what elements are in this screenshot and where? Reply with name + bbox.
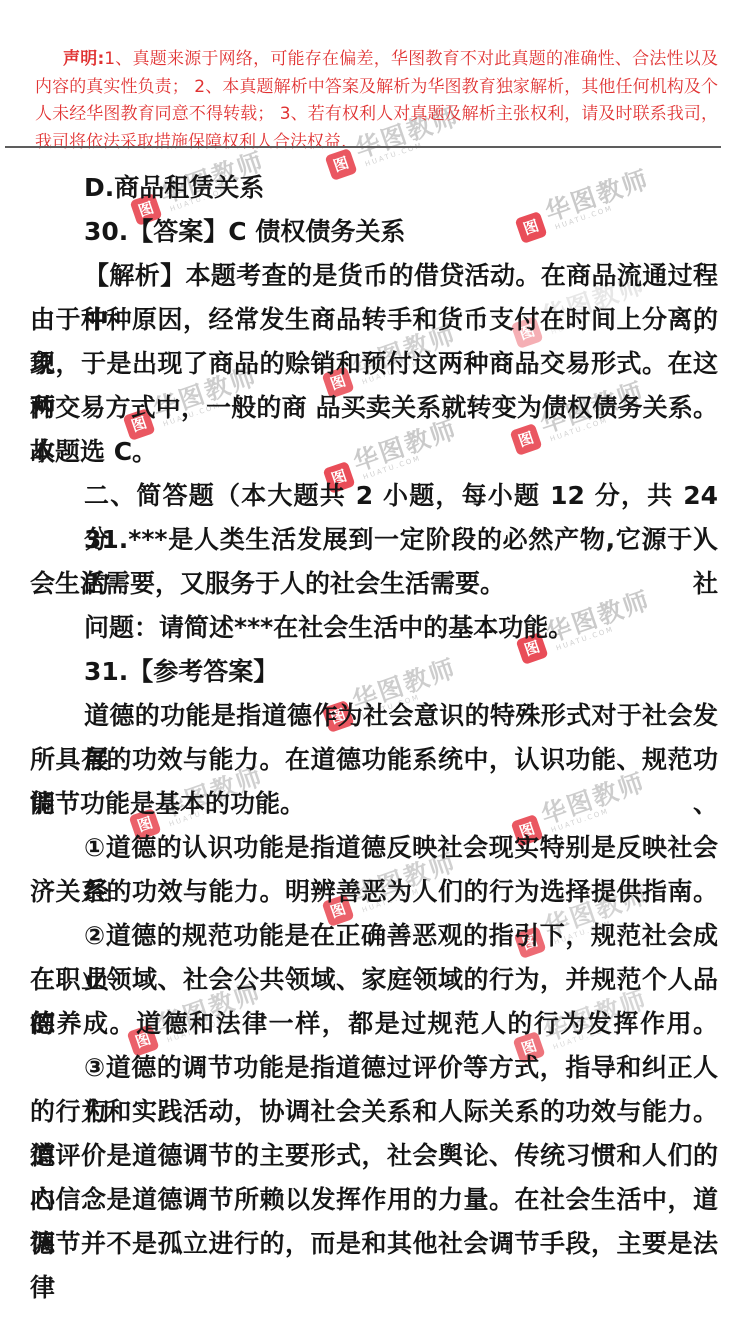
document-page: 图华图教师HUATU.COM图华图教师HUATU.COM图华图教师HUATU.C… bbox=[0, 0, 748, 1335]
body-line: 问题：请简述***在社会生活中的基本功能。 bbox=[30, 606, 718, 650]
disclaimer-line-text: 1、真题来源于网络，可能存在偏差，华图教育不对此真题的准确性、合法性以及 bbox=[104, 49, 718, 69]
section-divider-line bbox=[5, 146, 721, 148]
body-line: ①道德的认识功能是指道德反映社会现实特别是反映社会经 bbox=[30, 826, 718, 870]
body-line: 31.***是人类生活发展到一定阶段的必然产物,它源于人的社 bbox=[30, 518, 718, 562]
body-text: D.商品租赁关系30.【答案】C 债权债务关系【解析】本题考查的是货币的借贷活动… bbox=[30, 166, 718, 1266]
body-line: 德评价是道德调节的主要形式，社会舆论、传统习惯和人们的内 bbox=[30, 1134, 718, 1178]
body-line: 种交易方式中，一般的商 品买卖关系就转变为债权债务关系。故 bbox=[30, 386, 718, 430]
disclaimer-line: 声明:1、真题来源于网络，可能存在偏差，华图教育不对此真题的准确性、合法性以及 bbox=[35, 46, 718, 74]
body-line: 在职业领域、社会公共领域、家庭领域的行为，并规范个人品德 bbox=[30, 958, 718, 1002]
body-line: 济关系的功效与能力。明辨善恶为人们的行为选择提供指南。 bbox=[30, 870, 718, 914]
body-line: 调节并不是孤立进行的，而是和其他社会调节手段，主要是法律 bbox=[30, 1222, 718, 1266]
body-line: D.商品租赁关系 bbox=[30, 166, 718, 210]
body-line: 二、简答题（本大题共 2 小题，每小题 12 分，共 24 分） bbox=[30, 474, 718, 518]
body-line: 象，于是出现了商品的赊销和预付这两种商品交易形式。在这两 bbox=[30, 342, 718, 386]
body-line: 31.【参考答案】 bbox=[30, 650, 718, 694]
body-line: 本题选 C。 bbox=[30, 430, 718, 474]
body-line: 所具有的功效与能力。在道德功能系统中，认识功能、规范功能、 bbox=[30, 738, 718, 782]
body-line: 的行为和实践活动，协调社会关系和人际关系的功效与能力。道 bbox=[30, 1090, 718, 1134]
body-line: 心信念是道德调节所赖以发挥作用的力量。在社会生活中，道德 bbox=[30, 1178, 718, 1222]
body-line: ②道德的规范功能是在正确善恶观的指引下，规范社会成员 bbox=[30, 914, 718, 958]
disclaimer-text: 声明:1、真题来源于网络，可能存在偏差，华图教育不对此真题的准确性、合法性以及 … bbox=[35, 46, 718, 156]
body-line: 【解析】本题考查的是货币的借贷活动。在商品流通过程中， bbox=[30, 254, 718, 298]
body-line: ③道德的调节功能是指道德过评价等方式，指导和纠正人们 bbox=[30, 1046, 718, 1090]
disclaimer-line: 我司将依法采取措施保障权利人合法权益. bbox=[35, 129, 718, 157]
body-line: 30.【答案】C 债权债务关系 bbox=[30, 210, 718, 254]
disclaimer-label: 声明: bbox=[63, 49, 104, 69]
body-line: 的养成。道德和法律一样，都是过规范人的行为发挥作用。 bbox=[30, 1002, 718, 1046]
disclaimer-line: 内容的真实性负责； 2、本真题解析中答案及解析为华图教育独家解析，其他任何机构及… bbox=[35, 74, 718, 102]
body-line: 由于种种原因，经常发生商品转手和货币支付在时间上分离的现 bbox=[30, 298, 718, 342]
body-line: 道德的功能是指道德作为社会意识的特殊形式对于社会发展 bbox=[30, 694, 718, 738]
disclaimer-line: 人未经华图教育同意不得转载； 3、若有权利人对真题及解析主张权利，请及时联系我司… bbox=[35, 101, 718, 129]
